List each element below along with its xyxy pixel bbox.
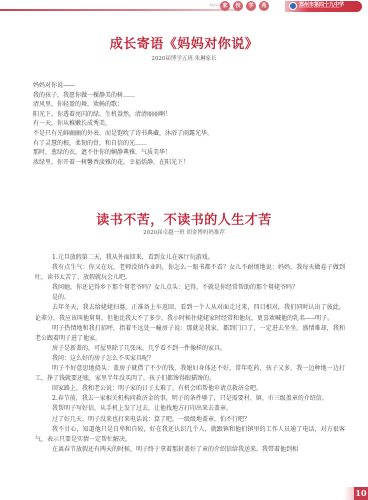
header-badge-3: 学 — [246, 1, 256, 11]
article-1-poem: 妈妈对你说—— 我的孩子，我愿你做一棵静美的树…… 清风里，你轻盈的舞，欢畅的歌… — [33, 81, 333, 167]
article-1-byline: 2020届博学五班 朱琳家长 — [0, 54, 368, 62]
header-section-badges: 家 校 学 苑 — [220, 1, 269, 11]
paragraph: 明子热情地和我打招呼，指着不远处一幢房子说：那就是我家，都到门口了，一定进去坐坐… — [35, 324, 345, 344]
poem-line: 不是只有光鲜幽幽的外表，而是饱吮了诗书典藏，沐浴了雨露光华， — [33, 129, 333, 139]
paragraph: 房子是新盖的，可屋里除了几张床，几乎看不到一件像样的家具。 — [35, 344, 345, 354]
page-number-fade — [344, 487, 354, 500]
school-banner: 郑州市第四十九中学 ZHENGZHOU NO.49 MIDDLE SCHOOL — [285, 1, 362, 12]
paragraph: 我不甘心，知道他只是自卑和自较，好在我还认识几个人，就跟镇和他们镇里的工作人员通… — [35, 425, 345, 445]
paragraph: 去年冬天，我去给姥姥扫墓。正准备上车返回，看到一个人从对面走过来，四目相对，我们… — [35, 303, 345, 323]
paragraph: 2.春节前，我去一家相关机构问救济金的事，明子的条件够了，只是需要村、镇、市三级… — [35, 394, 345, 404]
school-logo-icon — [289, 2, 297, 10]
paragraph: 在离春节放假还有两天的时候，明子终于拿着那封盖好了章的介绍信给我送来。我带着他到… — [35, 445, 345, 455]
school-name-english: ZHENGZHOU NO.49 MIDDLE SCHOOL — [299, 7, 340, 9]
article-2-title: 读书不苦，不读书的人生才苦 — [0, 209, 368, 228]
paragraph: 回家路上，我和老公说：明子家的日子太难了，有机会咱帮他申请点救济金吧。 — [35, 384, 345, 394]
paragraph: 我问：这么好的房子怎么不买家具呢？ — [35, 354, 345, 364]
poem-line: 浓绿里，你开着一树馨香淡雅的花，幸福恬静，在阳光下！ — [33, 158, 333, 168]
poem-line: 那时，葱绿的衣，遮不住你的娴静典雅，气质美华！ — [33, 148, 333, 158]
article-2-byline: 2020届卓越一班 胡金博妈妈推荐 — [0, 228, 368, 236]
poem-line: 妈妈对你说—— — [33, 81, 333, 91]
page-number: 10 — [354, 487, 368, 500]
poem-line: 有了灵慧的根，柔韧的骨，和自信的光…… — [33, 139, 333, 149]
header-badge-2: 校 — [233, 1, 243, 11]
header-rule — [0, 9, 240, 11]
header-badge-4: 苑 — [259, 1, 269, 11]
paragraph: 是的。 — [35, 293, 345, 303]
poem-line: 有一天，你从稚嫩长成秀美， — [33, 119, 333, 129]
poem-line: 我的孩子，我愿你做一棵静美的树…… — [33, 91, 333, 101]
article-1-title: 成长寄语《妈妈对你说》 — [0, 33, 368, 52]
paragraph: 过了好几天，明子没来也打来电话说：算了吧，一级级地盖章，怕不行吧？ — [35, 415, 345, 425]
header-badge-1: 家 — [220, 1, 230, 11]
paragraph: 我有点生气：你又在玩，老师没留作业吗，你怎么一眼书都不看？女儿不耐烦地说：妈妈，… — [35, 263, 345, 283]
paragraph: 我问她，你还记得乡下那个舅老爷吗？女儿点头：记得，不就是你经常帮助的那个舅姥爷吗… — [35, 283, 345, 293]
paragraph: 我帮明子写好信，从手机上发了过去，让他找地方打印出来去盖章。 — [35, 404, 345, 414]
poem-line: 清风里，你轻盈的舞，欢畅的歌； — [33, 100, 333, 110]
poem-line: 阳光下，你透着亮闪的绿，生机盎然，清清丽丽啊！ — [33, 110, 333, 120]
article-2-body: 1.元旦放假第二天，我从外面回来，看到女儿在客厅玩游戏。 我有点生气：你又在玩，… — [35, 253, 345, 455]
paragraph: 1.元旦放假第二天，我从外面回来，看到女儿在客厅玩游戏。 — [35, 253, 345, 263]
paragraph: 明子不好意思地挠头：盖房子就借了不少的钱，我媳妇身体还不好，常年吃药，孩子又多，… — [35, 364, 345, 384]
